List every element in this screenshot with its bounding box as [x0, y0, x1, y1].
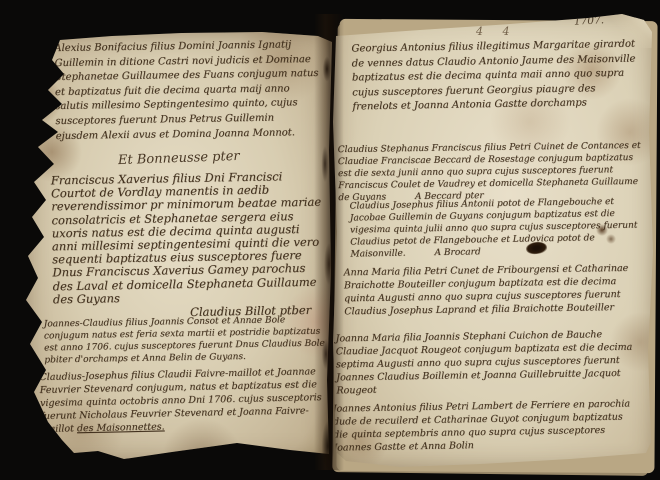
folio-marks: 4 4 [476, 25, 510, 38]
baptism-entry: Claudius-Josephus filius Claudii Faivre-… [39, 365, 330, 436]
right-page: 4 4 1707. Georgius Antonius filius illeg… [330, 12, 656, 470]
entry-text: Claudius Stephanus Franciscus filius Pet… [338, 141, 641, 203]
baptism-entry: Joanna Maria filia Joannis Stephani Cuic… [336, 328, 642, 398]
baptism-entry: Franciscus Xaverius filius Dni Francisci… [51, 170, 326, 322]
priest-signature: Et Bonneusse pter [118, 149, 240, 168]
entry-text: Franciscus Xaverius filius Dni Francisci… [51, 169, 322, 306]
margin-mark: B. [33, 42, 45, 55]
margin-mark: B. [22, 374, 34, 387]
baptism-entry: Claudius Stephanus Franciscus filius Pet… [338, 140, 642, 204]
baptism-entry: Anna Maria filia Petri Cunet de Fribourg… [344, 262, 645, 319]
baptism-entry: Joannes-Claudius filius Joannis Consot e… [44, 314, 331, 367]
left-page: B. Alexius Bonifacius filius Domini Joan… [22, 30, 332, 464]
year-label: 1707. [574, 14, 605, 28]
entry-text: Claudius Josephus filius Antonii potot d… [350, 197, 638, 260]
baptism-entry: Joannes Antonius filius Petri Lambert de… [333, 397, 636, 454]
baptism-entry: Claudius Josephus filius Antonii potot d… [349, 195, 645, 260]
baptism-entry: Georgius Antonius filius illegitimus Mar… [351, 37, 642, 115]
gutter-seam [314, 14, 344, 470]
margin-mark: B. [25, 186, 37, 199]
manuscript-photo: B. Alexius Bonifacius filius Domini Joan… [0, 0, 660, 480]
priest-signature: A Brocard [434, 246, 480, 259]
baptism-entry: Alexius Bonifacius filius Domini Joannis… [54, 38, 320, 144]
entry-text-underlined: des Maisonnettes. [77, 421, 165, 434]
margin-mark: B. [23, 320, 35, 333]
